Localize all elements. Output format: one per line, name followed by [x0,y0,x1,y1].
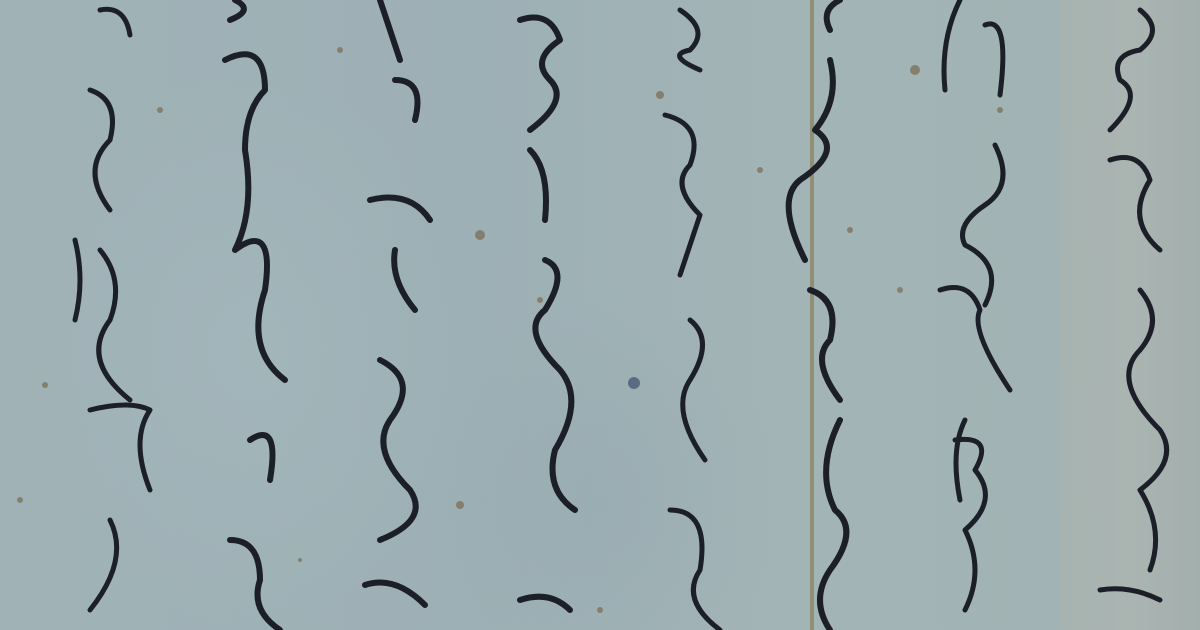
calligraphy-photo: Cursive calligraphy fragment [0,0,1200,630]
ink-strokes [0,0,1200,630]
calligraphy-columns [75,0,1167,630]
gold-flecks [17,47,1003,613]
